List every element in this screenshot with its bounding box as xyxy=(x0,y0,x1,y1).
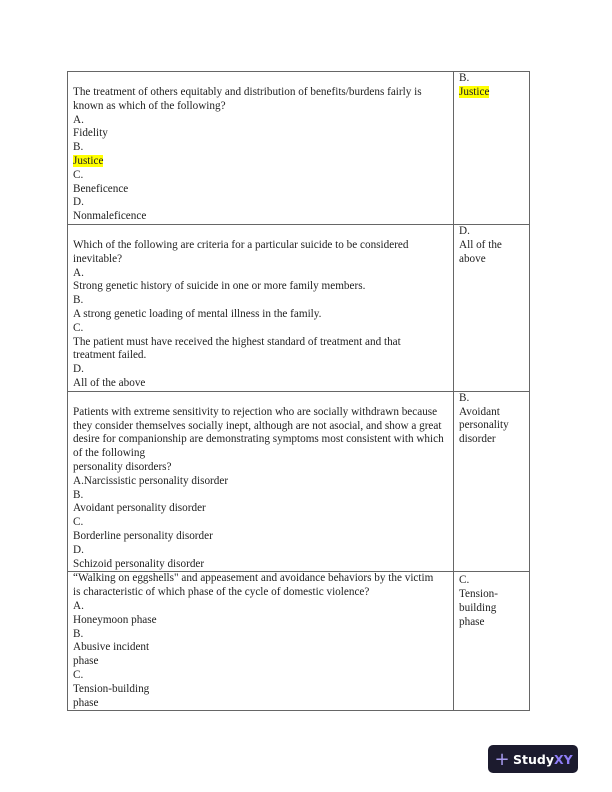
option-letter: C. xyxy=(73,169,448,183)
option-text: Schizoid personality disorder xyxy=(73,558,448,572)
option-letter: A. xyxy=(73,114,448,128)
option-letter: A. xyxy=(73,267,448,281)
option-inline: A.Narcissistic personality disorder xyxy=(73,475,448,489)
option-text: Borderline personality disorder xyxy=(73,530,448,544)
table-row: The treatment of others equitably and di… xyxy=(68,72,530,225)
option-text: The patient must have received the highe… xyxy=(73,336,408,364)
option-letter: C. xyxy=(73,516,448,530)
option-text: Abusive incident phase xyxy=(73,641,168,669)
option-letter: D. xyxy=(73,363,448,377)
answer-cell: C. Tension-building phase xyxy=(454,572,530,711)
option-text: Avoidant personality disorder xyxy=(73,502,448,516)
option-text: Narcissistic personality disorder xyxy=(84,475,228,487)
answer-text: All of the above xyxy=(459,239,524,267)
answer-letter: B. xyxy=(459,392,524,406)
option-letter: B. xyxy=(73,141,448,155)
question-text: “Walking on eggshells" and appeasement a… xyxy=(73,572,448,600)
question-cell: Patients with extreme sensitivity to rej… xyxy=(68,391,454,572)
answer-letter: B. xyxy=(459,72,524,86)
answer-text: Avoidant personality disorder xyxy=(459,406,524,447)
option-text: All of the above xyxy=(73,377,448,391)
answer-text: Tension-building phase xyxy=(459,588,509,629)
brand-name: StudyXY xyxy=(513,752,573,767)
qa-table: The treatment of others equitably and di… xyxy=(67,71,530,711)
option-text: Beneficence xyxy=(73,183,448,197)
option-letter: D. xyxy=(73,544,448,558)
option-letter: A. xyxy=(73,600,448,614)
answer-cell: D. All of the above xyxy=(454,225,530,392)
answer-cell: B. Avoidant personality disorder xyxy=(454,391,530,572)
option-letter: C. xyxy=(73,669,448,683)
option-text: Honeymoon phase xyxy=(73,614,448,628)
option-text: Nonmaleficence xyxy=(73,210,448,224)
option-text-highlighted: Justice xyxy=(73,155,103,167)
studyxy-logo-badge[interactable]: + StudyXY xyxy=(488,745,578,773)
question-cell: The treatment of others equitably and di… xyxy=(68,72,454,225)
answer-letter: D. xyxy=(459,225,524,239)
question-text: The treatment of others equitably and di… xyxy=(73,72,448,114)
option-letter: B. xyxy=(73,628,448,642)
option-letter: B. xyxy=(73,489,448,503)
option-text: Strong genetic history of suicide in one… xyxy=(73,280,448,294)
option-letter: B. xyxy=(73,294,448,308)
option-letter: A. xyxy=(73,475,84,487)
plus-icon: + xyxy=(491,749,513,770)
question-cell: Which of the following are criteria for … xyxy=(68,225,454,392)
option-text: A strong genetic loading of mental illne… xyxy=(73,308,448,322)
question-text: Which of the following are criteria for … xyxy=(73,225,448,267)
question-text: Patients with extreme sensitivity to rej… xyxy=(73,392,448,461)
table-row: “Walking on eggshells" and appeasement a… xyxy=(68,572,530,711)
table-row: Patients with extreme sensitivity to rej… xyxy=(68,391,530,572)
option-text: Tension-building phase xyxy=(73,683,168,711)
option-text: Fidelity xyxy=(73,127,448,141)
question-cell: “Walking on eggshells" and appeasement a… xyxy=(68,572,454,711)
answer-text-highlighted: Justice xyxy=(459,86,489,98)
option-letter: C. xyxy=(73,322,448,336)
question-text-continued: personality disorders? xyxy=(73,461,448,475)
option-letter: D. xyxy=(73,196,448,210)
answer-letter: C. xyxy=(459,572,524,588)
answer-cell: B. Justice xyxy=(454,72,530,225)
table-row: Which of the following are criteria for … xyxy=(68,225,530,392)
